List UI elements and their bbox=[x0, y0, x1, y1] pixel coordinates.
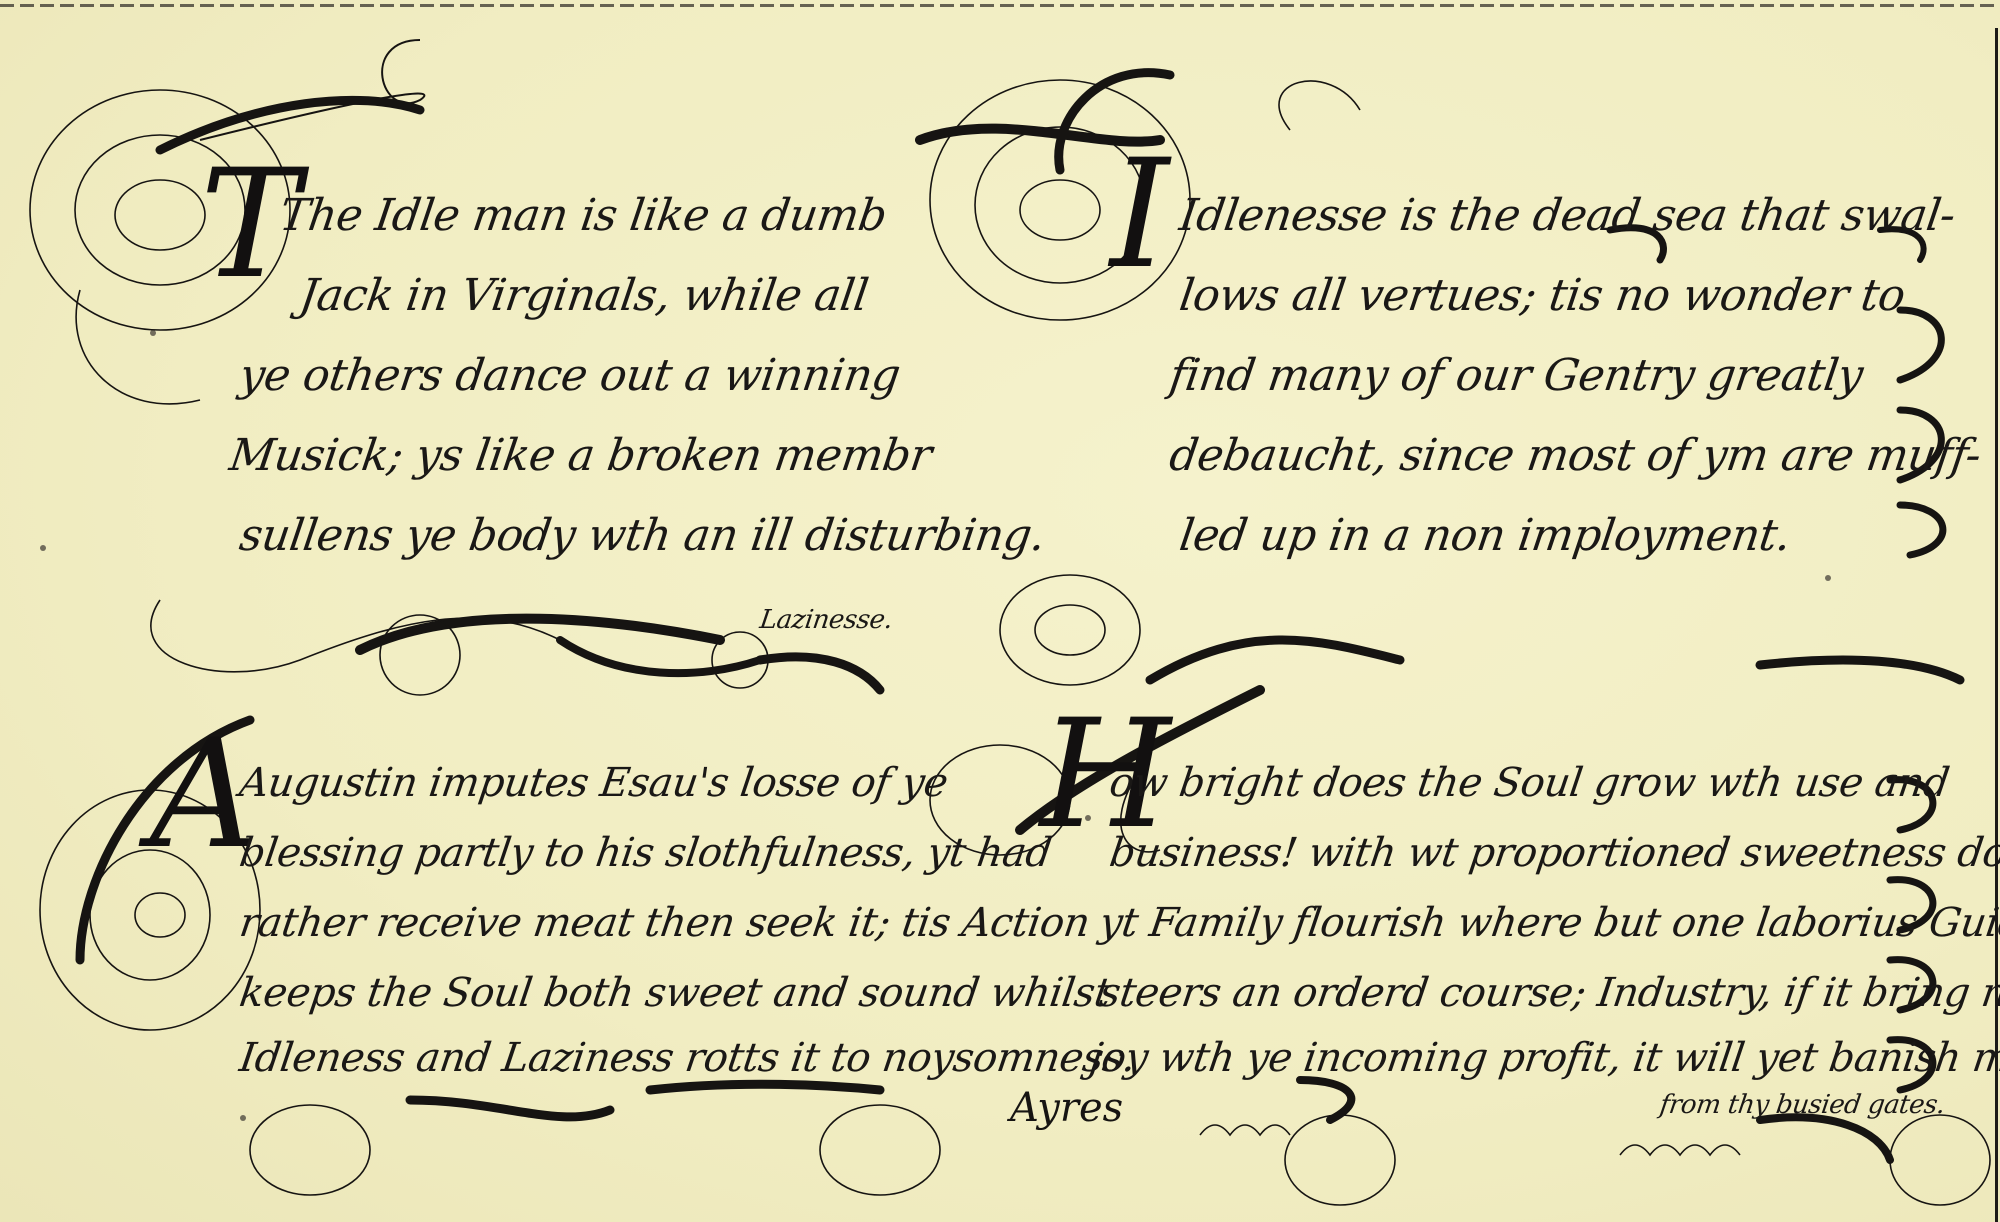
text-line: debaucht, since most of ym are muff- bbox=[1166, 430, 1983, 481]
initial-I: I bbox=[1110, 140, 1169, 290]
text-line: ye others dance out a winning bbox=[236, 350, 903, 401]
text-line: yt Family flourish where but one laboriu… bbox=[1097, 900, 2000, 946]
text-line: steers an orderd course; Industry, if it… bbox=[1097, 970, 2000, 1016]
text-line: led up in a non imployment. bbox=[1176, 510, 1793, 561]
paper-speck bbox=[1085, 815, 1091, 821]
text-line: Musick; ys like a broken membr bbox=[226, 430, 934, 481]
caption-lazinesse: Lazinesse. bbox=[758, 605, 894, 635]
text-line: The Idle man is like a dumb bbox=[276, 190, 889, 241]
paper-speck bbox=[40, 545, 46, 551]
paper-speck bbox=[240, 1115, 246, 1121]
paper-speck bbox=[150, 330, 156, 336]
text-line: Augustin imputes Esau's losse of ye bbox=[237, 760, 951, 806]
text-line: ow bright does the Soul grow wth use and bbox=[1107, 760, 1952, 806]
text-line: Jack in Virginals, while all bbox=[296, 270, 871, 321]
text-line: rather receive meat then seek it; tis Ac… bbox=[237, 900, 1093, 946]
signature-ayres: Ayres bbox=[1010, 1085, 1123, 1131]
text-line: lows all vertues; tis no wonder to bbox=[1176, 270, 1908, 321]
manuscript-page: T The Idle man is like a dumb Jack in Vi… bbox=[0, 0, 2000, 1222]
text-line: Idlenesse is the dead sea that swal- bbox=[1176, 190, 1958, 241]
text-line: business! with wt proportioned sweetness… bbox=[1107, 830, 2000, 876]
paper-speck bbox=[1825, 575, 1831, 581]
text-line: joy wth ye incoming profit, it will yet … bbox=[1087, 1035, 2000, 1081]
text-line: keeps the Soul both sweet and sound whil… bbox=[237, 970, 1114, 1016]
text-line: sullens ye body wth an ill disturbing. bbox=[236, 510, 1048, 561]
text-line: find many of our Gentry greatly bbox=[1166, 350, 1865, 401]
text-line: blessing partly to his slothfulness, yt … bbox=[237, 830, 1055, 876]
caption-closing: from thy busied gates. bbox=[1658, 1090, 1947, 1120]
text-line: Idleness and Laziness rotts it to noysom… bbox=[237, 1035, 1139, 1081]
